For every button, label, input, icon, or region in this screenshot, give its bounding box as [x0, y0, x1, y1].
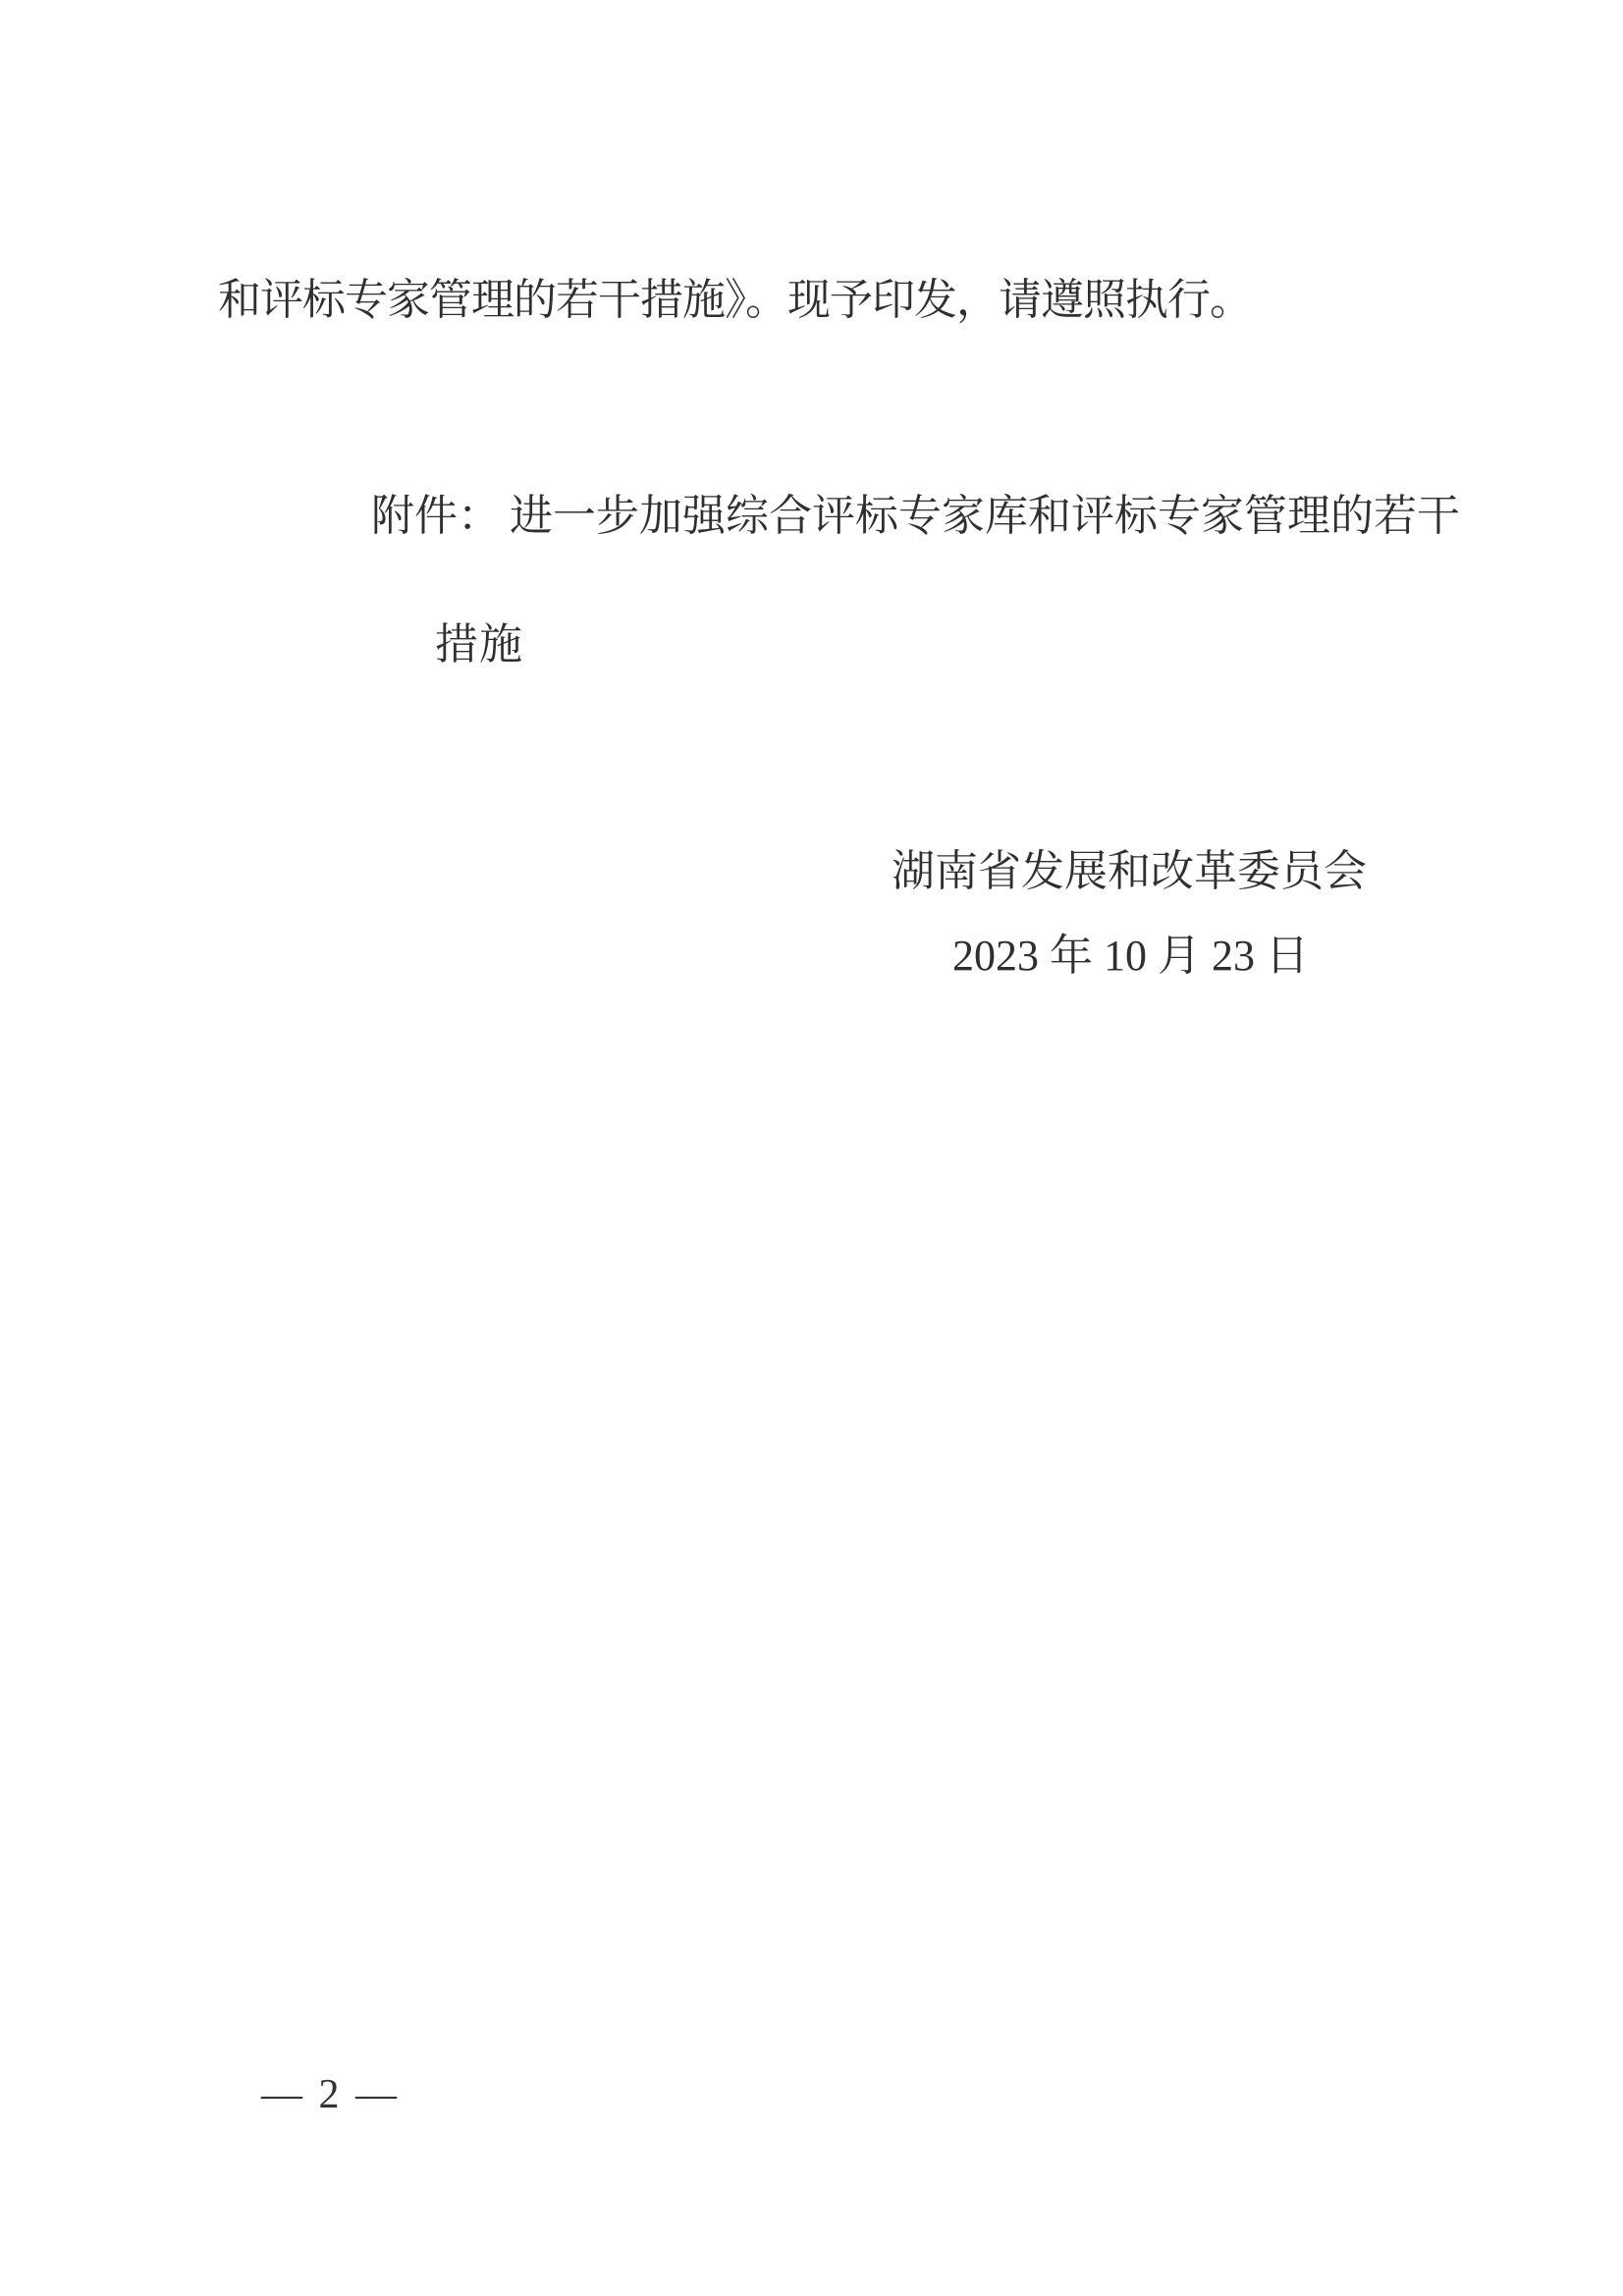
body-paragraph-continuation: 和评标专家管理的若干措施》。现予印发，请遵照执行。	[218, 277, 1252, 324]
attachment-title-line-1: 进一步加强综合评标专家库和评标专家管理的若干	[510, 492, 1460, 540]
attachment-label: 附件：	[371, 492, 501, 540]
attachment-line-1: 附件：进一步加强综合评标专家库和评标专家管理的若干	[306, 446, 1460, 587]
attachment-block: 附件：进一步加强综合评标专家库和评标专家管理的若干 措施	[306, 446, 1460, 668]
page-number: — 2 —	[261, 2071, 400, 2118]
attachment-title-line-2: 措施	[435, 621, 1460, 668]
signature-date: 2023 年 10 月 23 日	[952, 933, 1309, 980]
signature-organization: 湖南省发展和改革委员会	[892, 848, 1367, 895]
document-page: 和评标专家管理的若干措施》。现予印发，请遵照执行。 附件：进一步加强综合评标专家…	[0, 0, 1623, 2296]
